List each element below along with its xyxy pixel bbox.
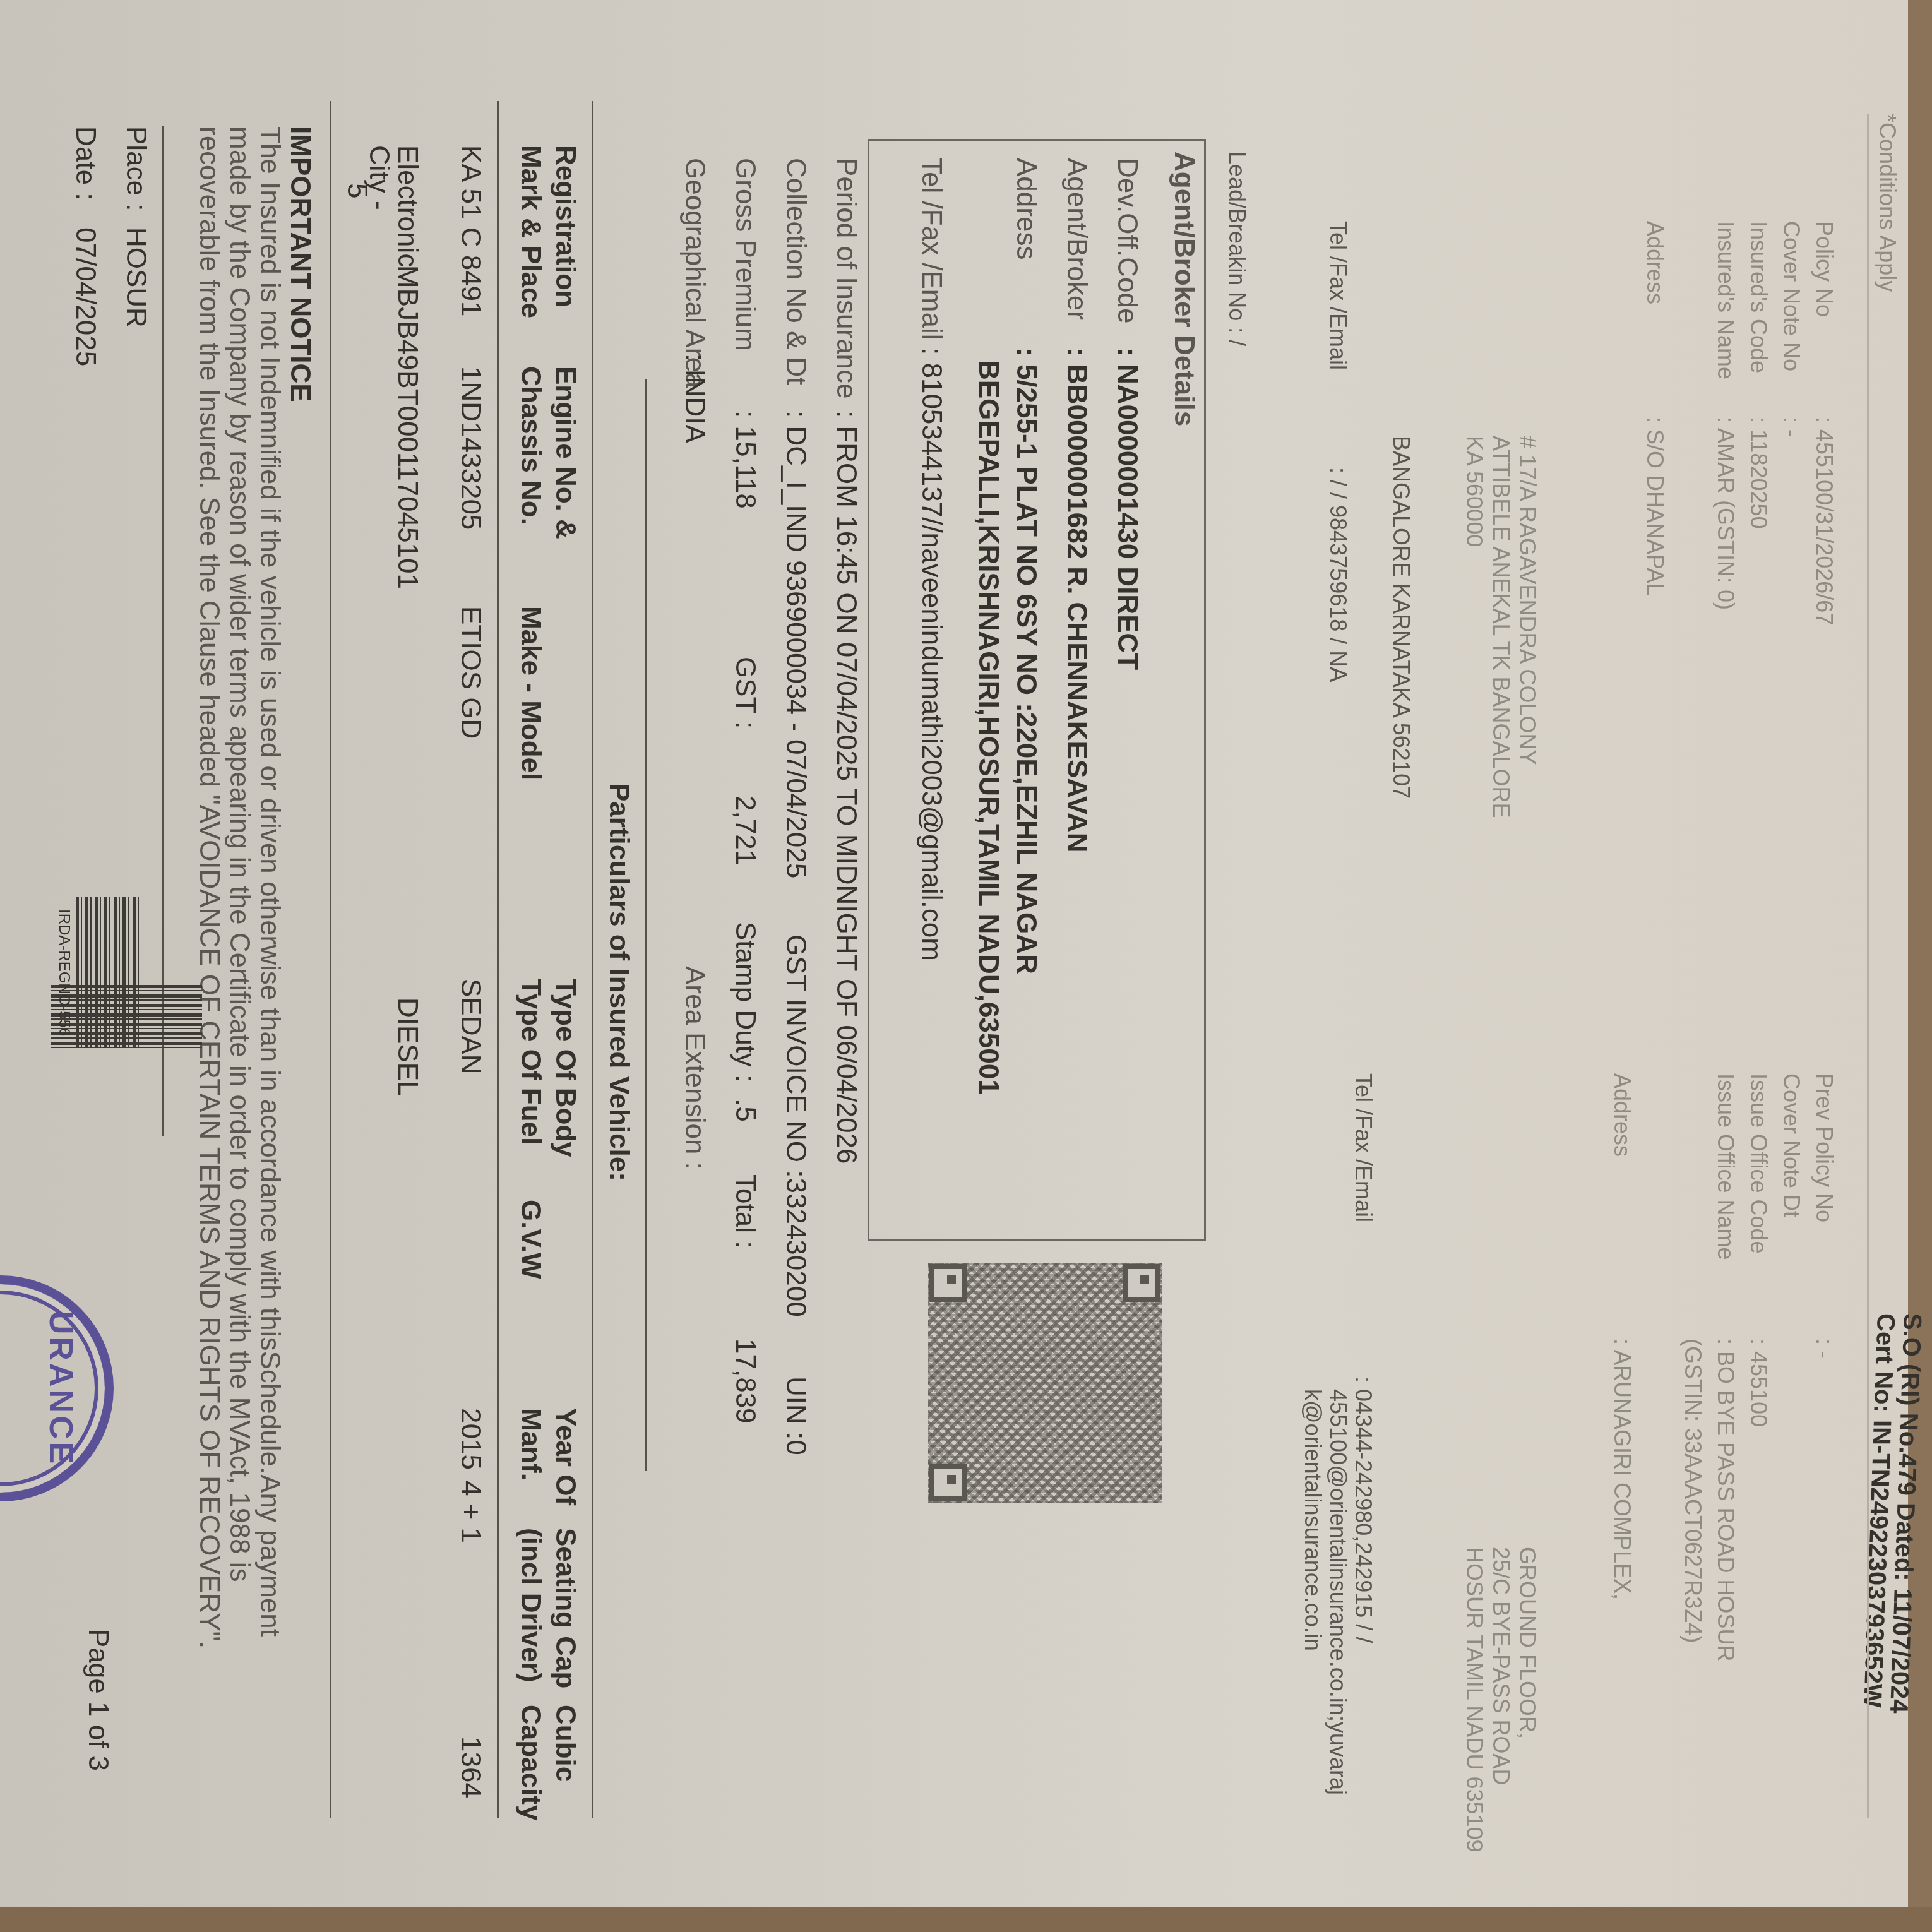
notice-line-3: recoverable from the Insured. See the Cl… (193, 126, 225, 1649)
office-field-value: : - (1811, 1339, 1837, 1359)
vehicle-header-line-1: Cubic (549, 1705, 581, 1782)
agent-field-label: Address (1010, 158, 1042, 259)
seating-capacity: 4 + 1 (455, 1481, 486, 1543)
office-address-line-2: 25/C BYE-PASS ROAD (1488, 1547, 1514, 1785)
vehicle-header-line-1: Registration (549, 145, 581, 307)
office-tel-label: Tel /Fax /Email (1350, 1073, 1376, 1222)
header-divider (1867, 114, 1869, 1818)
make-model: ETIOS GD (455, 606, 486, 739)
policy-field-value: : - (1778, 417, 1804, 437)
type-of-body: SEDAN (455, 979, 486, 1075)
gst-invoice-no: GST INVOICE NO :332430200 (780, 934, 811, 1317)
place-label: Place : (120, 126, 152, 212)
chassis-no: MBJB49BT000117045101 (391, 265, 423, 589)
insured-tel-value: : / / 9843759618 / NA (1325, 467, 1351, 682)
period-value: : FROM 16:45 ON 07/04/2025 TO MIDNIGHT O… (830, 410, 862, 1164)
office-field-value: (GSTIN: 33AAACT0627R3Z4) (1679, 1339, 1706, 1643)
office-field-label: Cover Note Dt (1778, 1073, 1804, 1217)
stamp-text: URANCE (42, 1284, 80, 1493)
vehicle-header-line-2: Chassis No. (515, 366, 546, 525)
page-indicator: Page 1 of 3 (82, 1629, 114, 1771)
conditions-note: *Conditions Apply (1874, 114, 1900, 292)
agent-field-value: : 8105344137//naveenindumathi2003@gmail.… (915, 347, 947, 961)
notice-line-2: made by the Company by reason of wider t… (224, 126, 255, 1582)
insured-address-line-3: KA 560000 (1461, 436, 1488, 547)
vehicle-header-bottom-line (497, 101, 499, 1818)
agent-field-value: : BB0000001682 R. CHENNAKESAVAN (1061, 347, 1092, 852)
office-field-label: Address (1609, 1073, 1635, 1157)
area-extension-label: Area Extension : (679, 966, 710, 1170)
policy-field-label: Address (1642, 221, 1668, 304)
vehicle-header-line-2: Make - Model (515, 606, 546, 780)
office-address-line-3: HOSUR TAMIL NADU 635109 (1461, 1547, 1488, 1852)
policy-field-value: : 11820250 (1745, 417, 1772, 529)
place-value: HOSUR (120, 227, 152, 328)
engine-no: 1ND1433205 (455, 366, 486, 530)
place-line-3: 5 (341, 183, 373, 198)
notice-title: IMPORTANT NOTICE (284, 126, 316, 402)
agent-broker-title: Agent/Broker Details (1168, 152, 1200, 426)
vehicle-header-line-2: Type Of Fuel (515, 979, 546, 1145)
agent-field-value: BEGEPALLI,KRISHNAGIRI,HOSUR,TAMIL NADU,6… (972, 360, 1004, 1095)
gst-value: 2,721 (729, 796, 761, 865)
policy-field-label: Insured's Code (1745, 221, 1772, 373)
collection-label: Collection No & Dt (780, 158, 811, 385)
qr-code (928, 1263, 1162, 1503)
vehicle-table-bottom-line (330, 101, 331, 1818)
vehicle-header-line-1: Year Of (549, 1408, 581, 1505)
barcode-caption: IRDA-REGNO-556 (55, 909, 73, 1036)
insured-address-line-1: # 17/A RAGAVENDRA COLONY (1514, 436, 1541, 765)
policy-field-label: Policy No (1811, 221, 1837, 317)
insured-address-line-2: ATTIBELE ANEKAL TK BANGALORE (1488, 436, 1514, 818)
agent-field-label: Agent/Broker (1061, 158, 1092, 320)
office-field-label: Issue Office Code (1745, 1073, 1772, 1254)
qr-finder-icon (929, 1264, 967, 1302)
office-tel-line-2: 455100@orientalinsurance.co.in;yuvaraj (1325, 1389, 1351, 1795)
office-tel-line-1: : 04344-242980,242915 / / (1350, 1376, 1376, 1643)
vehicle-header-line-1: Engine No. & (549, 366, 581, 539)
office-field-value: : BO BYE PASS ROAD HOSUR (1712, 1339, 1739, 1661)
uin: UIN :0 (780, 1376, 811, 1455)
policy-field-value: : AMAR (GSTIN: 0) (1712, 417, 1739, 610)
registration-no: KA 51 C 8491 (455, 145, 486, 317)
stamp-duty-label: Stamp Duty : (729, 922, 761, 1082)
agent-field-label: Tel /Fax /Email (915, 158, 947, 340)
gst-label: GST : (729, 657, 761, 729)
agent-field-value: : 5/255-1 PLAT NO 6SY NO :220E,EZHIL NAG… (1010, 347, 1042, 974)
qr-finder-icon (1123, 1264, 1160, 1302)
office-tel-line-3: k@orientalinsurance.co.in (1299, 1389, 1326, 1651)
office-field-value: : ARUNAGIRI COMPLEX, (1609, 1339, 1635, 1600)
vehicle-header-line-1: Seating Cap (549, 1528, 581, 1688)
table-surface-right (0, 1907, 1932, 1932)
policy-field-value: : S/O DHANAPAL (1642, 417, 1668, 595)
collection-value: : DC_I_IND 9369000034 - 07/04/2025 (780, 410, 811, 878)
office-field-label: Issue Office Name (1712, 1073, 1739, 1260)
vehicle-header-top-line (592, 101, 593, 1818)
office-seal-stamp: URANCE (0, 1275, 114, 1501)
agent-field-label: Dev.Off.Code (1111, 158, 1143, 324)
office-field-value: : 455100 (1745, 1339, 1772, 1427)
policy-field-label: Cover Note No (1778, 221, 1804, 371)
barcode-bars (76, 897, 139, 1048)
place-line-1: Electronic (391, 145, 423, 267)
office-field-label: Prev Policy No (1811, 1073, 1837, 1222)
vehicle-section-title: Particulars of Insured Vehicle: (603, 783, 635, 1181)
insurance-schedule-page: *Conditions Apply S.O (RI) No.479 Dated:… (0, 0, 1932, 1932)
insured-tel-label: Tel /Fax /Email (1325, 221, 1351, 370)
lead-breakin-no: Lead/Breakin No : / (1224, 152, 1250, 346)
vehicle-header-line-1: Type Of Body (549, 979, 581, 1157)
geo-area-value: : INDIA (679, 354, 710, 443)
vehicle-header-line-2: Mark & Place (515, 145, 546, 318)
total-value: 17,839 (729, 1339, 761, 1424)
period-label: Period of Insurance (830, 158, 862, 399)
section-divider (645, 379, 647, 1471)
total-label: Total : (729, 1174, 761, 1248)
stamp-duty-value: .5 (729, 1099, 761, 1122)
type-of-fuel: DIESEL (391, 998, 423, 1097)
vehicle-header-line-2: Manf. (515, 1408, 546, 1481)
qr-finder-icon (929, 1464, 967, 1501)
policy-field-value: : 455100/31/2026/67 (1811, 417, 1837, 625)
date-label: Date : (69, 126, 101, 200)
agent-field-value: : NA0000001430 DIRECT (1111, 347, 1143, 670)
gross-premium-value: : 15,118 (729, 410, 761, 509)
cubic-capacity: 1364 (455, 1736, 486, 1798)
vehicle-header-line-2: G.V.W (515, 1200, 546, 1279)
policy-field-label: Insured's Name (1712, 221, 1739, 379)
office-address-line-1: GROUND FLOOR, (1514, 1547, 1541, 1739)
year-of-manufacture: 2015 (455, 1408, 486, 1470)
date-value: 07/04/2025 (69, 227, 101, 366)
place-line-2: City - (363, 145, 395, 210)
notice-line-1: The Insured is not Indemnified if the ve… (254, 126, 285, 1637)
vehicle-header-line-2: (incl Driver) (515, 1528, 546, 1683)
insured-address-line-5: BANGALORE KARNATAKA 562107 (1388, 436, 1414, 799)
vehicle-header-line-2: Capacity (515, 1705, 546, 1820)
gross-premium-label: Gross Premium (729, 158, 761, 351)
